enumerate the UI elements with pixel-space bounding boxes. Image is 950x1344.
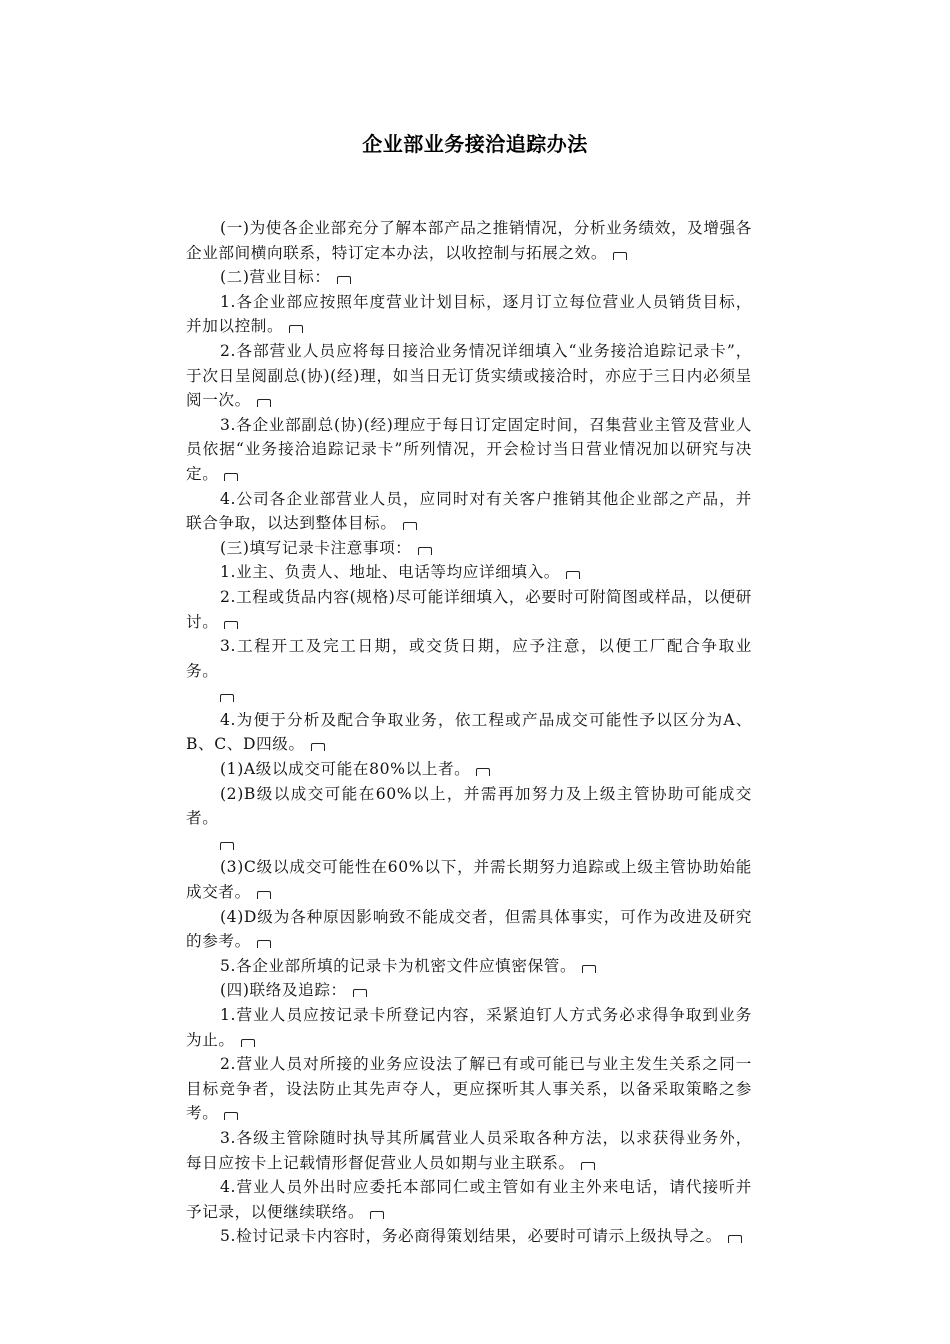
paragraph-text: (3)C级以成交可能性在60%以下，并需长期努力追踪或上级主管协助始能成交者。 — [186, 858, 752, 901]
section-heading-4: (四)联络及追踪： — [186, 978, 752, 1003]
paragraph-text: (三)填写记录卡注意事项： — [220, 539, 412, 557]
paragraph-mark-icon — [257, 891, 271, 899]
paragraph-text: (1)A级以成交可能在80%以上者。 — [220, 760, 470, 778]
paragraph-mark-icon — [613, 252, 627, 260]
paragraph-text: 5.各企业部所填的记录卡为机密文件应慎密保管。 — [220, 957, 576, 975]
section-heading-3: (三)填写记录卡注意事项： — [186, 536, 752, 561]
paragraph-text: 4.营业人员外出时应委托本部同仁或主管如有业主外来电话，请代接听并予记录，以便继… — [186, 1178, 752, 1221]
paragraph-mark-icon — [257, 940, 271, 948]
paragraph-text: 5.检讨记录卡内容时，务必商得策划结果，必要时可请示上级执导之。 — [220, 1227, 722, 1245]
paragraph-text: 3.各级主管除随时执导其所属营业人员采取各种方法，以求获得业务外，每日应按卡上记… — [186, 1129, 752, 1172]
paragraph-2-4: 4.公司各企业部营业人员，应同时对有关客户推销其他企业部之产品，并联合争取，以达… — [186, 487, 752, 536]
paragraph-mark-icon — [476, 768, 490, 776]
paragraph-text: 1.业主、负责人、地址、电话等均应详细填入。 — [220, 563, 560, 581]
paragraph-mark-icon — [566, 571, 580, 579]
paragraph-3-2: 2.工程或货品内容(规格)尽可能详细填入，必要时可附简图或样品，以便研讨。 — [186, 585, 752, 634]
paragraph-2-3: 3.各企业部副总(协)(经)理应于每日订定固定时间，召集营业主管及营业人员依据“… — [186, 413, 752, 487]
paragraph-mark-icon — [220, 694, 234, 702]
paragraph-text: 1.各企业部应按照年度营业计划目标，逐月订立每位营业人员销货目标，并加以控制。 — [186, 293, 752, 336]
paragraph-4-4: 4.营业人员外出时应委托本部同仁或主管如有业主外来电话，请代接听并予记录，以便继… — [186, 1175, 752, 1224]
paragraph-text: 2.工程或货品内容(规格)尽可能详细填入，必要时可附简图或样品，以便研讨。 — [186, 588, 752, 631]
paragraph-text: 1.营业人员应按记录卡所登记内容，采紧迫钉人方式务必求得争取到业务为止。 — [186, 1006, 752, 1049]
paragraph-text: 4.公司各企业部营业人员，应同时对有关客户推销其他企业部之产品，并联合争取，以达… — [186, 490, 752, 533]
paragraph-mark-icon — [241, 1039, 255, 1047]
paragraph-mark-icon — [370, 1211, 384, 1219]
paragraph-3-4: 4.为便于分析及配合争取业务，依工程或产品成交可能性予以区分为A、B、C、D四级… — [186, 708, 752, 757]
paragraph-mark-icon — [257, 399, 271, 407]
paragraph-3-4-3: (3)C级以成交可能性在60%以下，并需长期努力追踪或上级主管协助始能成交者。 — [186, 855, 752, 904]
paragraph-text: (一)为使各企业部充分了解本部产品之推销情况，分析业务绩效，及增强各企业部间横向… — [186, 219, 752, 262]
paragraph-2-2: 2.各部营业人员应将每日接洽业务情况详细填入“业务接洽追踪记录卡”，于次日呈阅副… — [186, 339, 752, 413]
paragraph-mark-icon — [311, 743, 325, 751]
paragraph-3-4-4: (4)D级为各种原因影响致不能成交者，但需具体事实，可作为改进及研究的参考。 — [186, 905, 752, 954]
paragraph-4-3: 3.各级主管除随时执导其所属营业人员采取各种方法，以求获得业务外，每日应按卡上记… — [186, 1126, 752, 1175]
paragraph-2-1: 1.各企业部应按照年度营业计划目标，逐月订立每位营业人员销货目标，并加以控制。 — [186, 290, 752, 339]
document-body: (一)为使各企业部充分了解本部产品之推销情况，分析业务绩效，及增强各企业部间横向… — [186, 216, 752, 1249]
paragraph-mark-icon — [418, 547, 432, 555]
document-page: 企业部业务接洽追踪办法 (一)为使各企业部充分了解本部产品之推销情况，分析业务绩… — [0, 0, 950, 1344]
paragraph-mark-icon — [403, 522, 417, 530]
document-title: 企业部业务接洽追踪办法 — [0, 128, 950, 157]
paragraph-4-1: 1.营业人员应按记录卡所登记内容，采紧迫钉人方式务必求得争取到业务为止。 — [186, 1003, 752, 1052]
paragraph-mark-icon — [337, 276, 351, 284]
paragraph-mark-icon — [224, 473, 238, 481]
paragraph-4-2: 2.营业人员对所接的业务应设法了解已有或可能已与业主发生关系之同一目标竞争者，设… — [186, 1052, 752, 1126]
paragraph-3-5: 5.各企业部所填的记录卡为机密文件应慎密保管。 — [186, 954, 752, 979]
paragraph-text: (4)D级为各种原因影响致不能成交者，但需具体事实，可作为改进及研究的参考。 — [186, 908, 752, 951]
paragraph-mark-icon — [582, 965, 596, 973]
paragraph-text: 3.工程开工及完工日期，或交货日期，应予注意，以便工厂配合争取业务。 — [186, 637, 752, 680]
paragraph-1: (一)为使各企业部充分了解本部产品之推销情况，分析业务绩效，及增强各企业部间横向… — [186, 216, 752, 265]
paragraph-text: (二)营业目标： — [220, 268, 331, 286]
paragraph-3-1: 1.业主、负责人、地址、电话等均应详细填入。 — [186, 560, 752, 585]
paragraph-text: 2.各部营业人员应将每日接洽业务情况详细填入“业务接洽追踪记录卡”，于次日呈阅副… — [186, 342, 752, 409]
paragraph-mark-icon — [224, 621, 238, 629]
paragraph-text: 4.为便于分析及配合争取业务，依工程或产品成交可能性予以区分为A、B、C、D四级… — [186, 711, 752, 754]
paragraph-3-4-1: (1)A级以成交可能在80%以上者。 — [186, 757, 752, 782]
paragraph-3-3: 3.工程开工及完工日期，或交货日期，应予注意，以便工厂配合争取业务。 — [186, 634, 752, 708]
paragraph-mark-icon — [728, 1235, 742, 1243]
paragraph-mark-icon — [353, 989, 367, 997]
paragraph-text: (四)联络及追踪： — [220, 981, 347, 999]
paragraph-mark-icon — [289, 325, 303, 333]
paragraph-mark-icon — [224, 1112, 238, 1120]
paragraph-mark-icon — [220, 842, 234, 850]
paragraph-mark-icon — [581, 1162, 595, 1170]
paragraph-4-5: 5.检讨记录卡内容时，务必商得策划结果，必要时可请示上级执导之。 — [186, 1224, 752, 1249]
paragraph-text: 2.营业人员对所接的业务应设法了解已有或可能已与业主发生关系之同一目标竞争者，设… — [186, 1055, 752, 1122]
paragraph-text: 3.各企业部副总(协)(经)理应于每日订定固定时间，召集营业主管及营业人员依据“… — [186, 416, 752, 483]
section-heading-2: (二)营业目标： — [186, 265, 752, 290]
paragraph-text: (2)B级以成交可能在60%以上，并需再加努力及上级主管协助可能成交者。 — [186, 785, 752, 828]
paragraph-3-4-2: (2)B级以成交可能在60%以上，并需再加努力及上级主管协助可能成交者。 — [186, 782, 752, 856]
